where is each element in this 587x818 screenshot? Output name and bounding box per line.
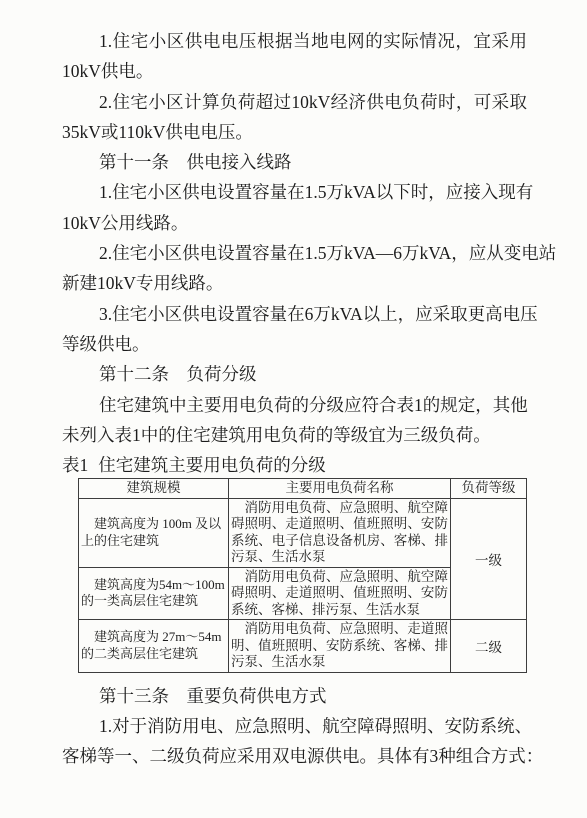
- cell-load-names: 消防用电负荷、应急照明、航空障碍照明、走道照明、值班照明、安防系统、客梯、排污泵…: [229, 567, 451, 620]
- text-line: 2.住宅小区供电设置容量在1.5万kVA—6万kVA，应从变电站: [62, 238, 527, 268]
- cell-load-names: 消防用电负荷、应急照明、航空障碍照明、走道照明、值班照明、安防系统、电子信息设备…: [229, 498, 451, 567]
- cell-building-scale: 建筑高度为 27m～54m的二类高层住宅建筑: [79, 620, 229, 673]
- cell-load-names: 消防用电负荷、应急照明、走道照明、值班照明、安防系统、客梯、排污泵、生活水泵: [229, 620, 451, 673]
- text-line: 3.住宅小区供电设置容量在6万kVA以上，应采取更高电压: [62, 299, 527, 329]
- text-line: 住宅建筑中主要用电负荷的分级应符合表1的规定，其他: [62, 390, 527, 420]
- table-caption-label: 表1: [62, 455, 88, 475]
- text-line: 35kV或110kV供电电压。: [62, 117, 527, 147]
- text-line: 第十二条 负荷分级: [62, 359, 527, 389]
- table-row: 建筑高度为 27m～54m的二类高层住宅建筑消防用电负荷、应急照明、走道照明、值…: [79, 620, 527, 673]
- header-load-names: 主要用电负荷名称: [229, 479, 451, 499]
- table-header-row: 建筑规模 主要用电负荷名称 负荷等级: [79, 479, 527, 499]
- cell-load-grade: 二级: [451, 620, 527, 673]
- cell-load-grade: 一级: [451, 498, 527, 620]
- text-line: 第十一条 供电接入线路: [62, 147, 527, 177]
- body-text-block-2: 第十三条 重要负荷供电方式1.对于消防用电、应急照明、航空障碍照明、安防系统、客…: [62, 681, 527, 772]
- text-line: 客梯等一、二级负荷应采用双电源供电。具体有3种组合方式：: [62, 741, 527, 771]
- text-line: 1.住宅小区供电设置容量在1.5万kVA以下时，应接入现有: [62, 177, 527, 207]
- load-classification-table: 建筑规模 主要用电负荷名称 负荷等级 建筑高度为 100m 及以上的住宅建筑消防…: [78, 478, 527, 673]
- text-line: 1.住宅小区供电电压根据当地电网的实际情况，宜采用: [62, 26, 527, 56]
- text-line: 第十三条 重要负荷供电方式: [62, 681, 527, 711]
- header-load-grade: 负荷等级: [451, 479, 527, 499]
- table-caption-text: 住宅建筑主要用电负荷的分级: [98, 455, 326, 475]
- text-line: 2.住宅小区计算负荷超过10kV经济供电负荷时，可采取: [62, 87, 527, 117]
- text-line: 未列入表1中的住宅建筑用电负荷的等级宜为三级负荷。: [62, 420, 527, 450]
- text-line: 新建10kV专用线路。: [62, 268, 527, 298]
- cell-building-scale: 建筑高度为54m～100m的一类高层住宅建筑: [79, 567, 229, 620]
- header-building-scale: 建筑规模: [79, 479, 229, 499]
- text-line: 10kV供电。: [62, 56, 527, 86]
- document-content: 1.住宅小区供电电压根据当地电网的实际情况，宜采用10kV供电。2.住宅小区计算…: [62, 26, 527, 772]
- table-caption: 表1住宅建筑主要用电负荷的分级: [62, 452, 527, 478]
- text-line: 10kV公用线路。: [62, 208, 527, 238]
- text-line: 1.对于消防用电、应急照明、航空障碍照明、安防系统、: [62, 711, 527, 741]
- table-row: 建筑高度为 100m 及以上的住宅建筑消防用电负荷、应急照明、航空障碍照明、走道…: [79, 498, 527, 567]
- document-page: 1.住宅小区供电电压根据当地电网的实际情况，宜采用10kV供电。2.住宅小区计算…: [0, 0, 587, 818]
- body-text-block-1: 1.住宅小区供电电压根据当地电网的实际情况，宜采用10kV供电。2.住宅小区计算…: [62, 26, 527, 450]
- text-line: 等级供电。: [62, 329, 527, 359]
- cell-building-scale: 建筑高度为 100m 及以上的住宅建筑: [79, 498, 229, 567]
